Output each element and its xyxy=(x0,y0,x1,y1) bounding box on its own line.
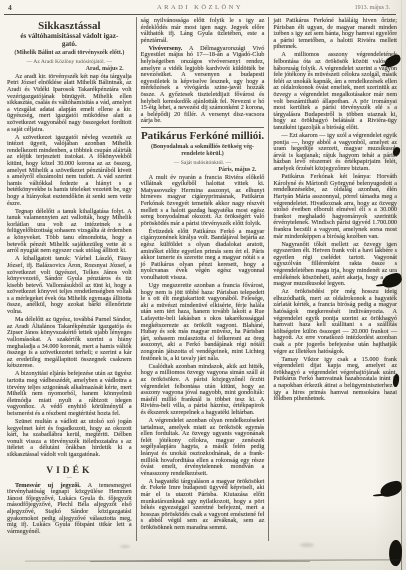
news-item: Temesvár uj jegyzői. A temesmegyei törvé… xyxy=(7,483,132,536)
article-paragraph: A milliomos asszony végrendeletének felb… xyxy=(273,52,397,131)
newspaper-page: 4 ARADI KÖZLÖNY 1913. május 3. Sikkasztá… xyxy=(0,0,406,570)
continuation-paragraph: jait Patikárus Ferkóné haláláig hiven őr… xyxy=(273,18,397,51)
article-paragraph: Csalódtak azonban mindazok, akik azt hit… xyxy=(141,364,265,417)
article-paragraph: Az örökösödési pör még hosszu ideig elhu… xyxy=(273,289,397,355)
columns: Sikkasztással és váltóhamisitással vádol… xyxy=(3,17,401,541)
masthead: ARADI KÖZLÖNY xyxy=(4,4,396,11)
article-paragraph: Tamay Viktor igy csak a 15.000 frank vég… xyxy=(273,357,397,403)
article-paragraph: A mult év nyarán a francia Riviéra előke… xyxy=(141,175,265,228)
column-middle: ság nyilvánossága előtt folyik le s igy … xyxy=(136,17,269,541)
scan-scratch-line xyxy=(90,561,310,562)
column-left: Sikkasztással és váltóhamisitással vádol… xyxy=(3,17,136,541)
continuation-paragraph: ság nyilvánossága előtt folyik le s igy … xyxy=(141,18,265,44)
article-paragraph: Ma délelőtt az ügyész, továbbá Parnel Sá… xyxy=(7,317,132,370)
feature-subtitle-line1: (Bonyodalmak a sokmilliós örökség vég- xyxy=(141,144,265,151)
article-paragraph: Évtizedek előtt Patikárus Ferkó a magyar… xyxy=(141,229,265,282)
column-right: jait Patikárus Ferkóné haláláig hiven őr… xyxy=(268,17,401,541)
feature-article-head: Patikárus Ferkóné milliói. (Bonyodalmak … xyxy=(141,127,265,173)
news-item-text: A temesmegyei törvényhatóság tegnapi köz… xyxy=(7,482,132,535)
article-paragraph: Az aradi kir. törvényszék két nap óta tá… xyxy=(7,74,132,133)
article-paragraph: Szünet multán a vádlott az utolsó szó jo… xyxy=(7,419,132,459)
article-paragraph: Tegnap délelőtt a tanuk kihallgatása fol… xyxy=(7,209,132,255)
article-paragraph: Patikárus Ferkónak két leánya: Horváth K… xyxy=(273,174,397,240)
article-paragraph: Ugy megszerette azonban a francia főváro… xyxy=(141,283,265,362)
section-divider-dash: — xyxy=(7,476,132,481)
article-subtitle: (Mihelik Bálint az aradi törvényszék elő… xyxy=(7,50,132,57)
article-paragraph: A szövetkezet igazgatói névleg vezették … xyxy=(7,135,132,208)
article-paragraph: A bizonyitási eljárás befejezése után az… xyxy=(7,371,132,417)
news-item-text: A Délmagyarországi Vivó Egyesület május … xyxy=(141,45,265,125)
article-headline: Sikkasztással xyxy=(7,20,132,32)
article-byline: — Az Aradi Közlöny tudósitójától. — xyxy=(7,59,132,65)
article-dateline: Arad, május 2. xyxy=(7,66,132,72)
page-header: 4 ARADI KÖZLÖNY 1913. május 3. xyxy=(4,2,396,15)
paper-smudge xyxy=(300,543,314,547)
paper-smudge xyxy=(120,545,130,548)
article-paragraph: Nagyranőtt tőkéi mellett az özvegy igen … xyxy=(273,242,397,288)
section-title: VIDÉK xyxy=(7,466,132,476)
article-paragraph: A hagyatéki tárgyaláson a magyar örökösö… xyxy=(141,479,265,532)
article-paragraph: A kihallgatott tanuk: Várhel László, Fäs… xyxy=(7,256,132,315)
issue-date: 1913. május 3. xyxy=(355,5,390,11)
feature-subtitle-line2: rendelete körül.) xyxy=(141,151,265,158)
article-paragraph: A végrendelet azonban olyan rendelkezése… xyxy=(141,418,265,477)
news-item: Vivóverseny. A Délmagyarországi Vivó Egy… xyxy=(141,46,265,125)
article-headline-line2: és váltóhamisitással vádolt igaz- xyxy=(7,32,132,40)
feature-headline: Patikárus Ferkóné milliói. xyxy=(141,130,265,142)
feature-byline: — Saját tudósitónktól. — xyxy=(141,160,265,166)
article-headline-line3: gató. xyxy=(7,40,132,48)
feature-dateline: Páris, május 2. xyxy=(141,167,265,173)
article-paragraph: — Ezt akarom — igy szól a végrendelet eg… xyxy=(273,133,397,173)
